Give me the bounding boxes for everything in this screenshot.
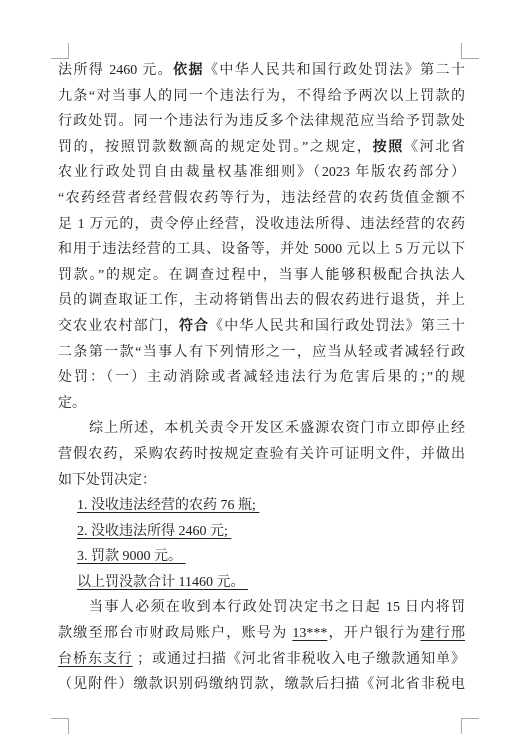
crop-mark-bottom-left — [51, 718, 69, 734]
text-line: 营假农药，采购农药时按规定查验有关许可证明文件，并做出 — [58, 442, 465, 468]
text-line: 如下处罚决定： — [58, 468, 465, 494]
text-line: 综上所述，本机关责令开发区禾盛源农资门市立即停止经 — [58, 416, 465, 442]
underlined-run: 1. 没收违法经营的农药 76 瓶; — [77, 498, 259, 513]
text-line: 九条“对当事人的同一个违法行为，不得给予两次以上罚款的 — [58, 84, 465, 110]
text-line: 足 1 万元的，责令停止经营，没收违法所得、违法经营的农药 — [58, 212, 465, 238]
text-run: 行政处罚。同一个违法行为违反多个法律规范应当给予罚款处 — [58, 114, 465, 129]
crop-mark-top-right — [461, 43, 479, 59]
text-line: 和用于违法经营的工具、设备等，并处 5000 元以上 5 万元以下 — [58, 237, 465, 263]
emphasis-run: 符合 — [179, 319, 209, 334]
text-line: 罚的，按照罚款数额高的规定处罚。”之规定，按照《河北省 — [58, 135, 465, 161]
text-line: 当事人必须在收到本行政处罚决定书之日起 15 日内将罚 — [58, 595, 465, 621]
text-run: 定。 — [58, 396, 86, 411]
text-run: 二条第一款“当事人有下列情形之一，应当从轻或者减轻行政 — [58, 345, 465, 360]
underlined-run: 3. 罚款 9000 元。 — [77, 549, 186, 564]
text-line: 款缴至邢台市财政局账户，账号为 13***，开户银行为建行邢 — [58, 621, 465, 647]
text-run: ；或通过扫描《河北省非税收入电子缴款通知单》 — [133, 652, 465, 667]
text-line: 二条第一款“当事人有下列情形之一，应当从轻或者减轻行政 — [58, 340, 465, 366]
text-line: 法所得 2460 元。依据《中华人民共和国行政处罚法》第二十 — [58, 58, 465, 84]
text-run: 法所得 2460 元。 — [58, 63, 173, 78]
text-run: 《中华人民共和国行政处罚法》第三十 — [209, 319, 465, 334]
text-line: 3. 罚款 9000 元。 — [58, 544, 465, 570]
underlined-run: 台桥东支行 — [58, 652, 133, 667]
text-run: 当事人必须在收到本行政处罚决定书之日起 15 日内将罚 — [89, 600, 465, 615]
emphasis-run: 依据 — [173, 63, 204, 78]
text-line: 定。 — [58, 391, 465, 417]
crop-mark-bottom-right — [461, 718, 479, 734]
text-run: （见附件）缴款识别码缴纳罚款，缴款后扫描《河北省非税电 — [58, 677, 465, 692]
text-line: 以上罚没款合计 11460 元。 — [58, 570, 465, 596]
text-run: 处罚：（一）主动消除或者减轻违法行为危害后果的；”的规 — [58, 370, 465, 385]
text-line: “农药经营者经营假农药等行为，违法经营的农药货值金额不 — [58, 186, 465, 212]
text-line: 处罚：（一）主动消除或者减轻违法行为危害后果的；”的规 — [58, 365, 465, 391]
text-line: 2. 没收违法所得 2460 元; — [58, 519, 465, 545]
text-run: “农药经营者经营假农药等行为，违法经营的农药货值金额不 — [58, 191, 465, 206]
document-text-area: 法所得 2460 元。依据《中华人民共和国行政处罚法》第二十九条“对当事人的同一… — [58, 58, 465, 698]
underlined-run: 13*** — [292, 626, 327, 641]
underlined-run: 2. 没收违法所得 2460 元; — [77, 524, 231, 539]
crop-mark-top-left — [51, 43, 69, 59]
document-page: 法所得 2460 元。依据《中华人民共和国行政处罚法》第二十九条“对当事人的同一… — [0, 0, 509, 736]
text-line: 罚款。”的规定。在调查过程中，当事人能够积极配合执法人 — [58, 263, 465, 289]
text-run: 罚款。”的规定。在调查过程中，当事人能够积极配合执法人 — [58, 268, 465, 283]
text-run: 如下处罚决定： — [58, 473, 156, 488]
text-line: 台桥东支行 ；或通过扫描《河北省非税收入电子缴款通知单》 — [58, 647, 465, 673]
text-run: 《中华人民共和国行政处罚法》第二十 — [204, 63, 465, 78]
text-line: 员的调查取证工作，主动将销售出去的假农药进行退货，并上 — [58, 288, 465, 314]
underlined-run: 建行邢 — [420, 626, 465, 641]
text-line: 1. 没收违法经营的农药 76 瓶; — [58, 493, 465, 519]
underlined-run: 以上罚没款合计 11460 元。 — [77, 575, 248, 590]
text-run: 罚的，按照罚款数额高的规定处罚。”之规定， — [58, 140, 373, 155]
text-run: 和用于违法经营的工具、设备等，并处 5000 元以上 5 万元以下 — [58, 242, 465, 257]
text-line: 交农业农村部门，符合《中华人民共和国行政处罚法》第三十 — [58, 314, 465, 340]
text-run: 员的调查取证工作，主动将销售出去的假农药进行退货，并上 — [58, 293, 465, 308]
text-run: ，开户银行为 — [327, 626, 420, 641]
text-line: 农业行政处罚自由裁量权基准细则》（2023 年版农药部分） — [58, 160, 465, 186]
text-run: 交农业农村部门， — [58, 319, 179, 334]
text-run: 农业行政处罚自由裁量权基准细则》（2023 年版农药部分） — [58, 165, 465, 180]
emphasis-run: 按照 — [373, 140, 404, 155]
text-line: （见附件）缴款识别码缴纳罚款，缴款后扫描《河北省非税电 — [58, 672, 465, 698]
text-run: 款缴至邢台市财政局账户，账号为 — [58, 626, 292, 641]
text-run: 综上所述，本机关责令开发区禾盛源农资门市立即停止经 — [89, 421, 465, 436]
text-run: 《河北省 — [404, 140, 465, 155]
text-line: 行政处罚。同一个违法行为违反多个法律规范应当给予罚款处 — [58, 109, 465, 135]
text-run: 营假农药，采购农药时按规定查验有关许可证明文件，并做出 — [58, 447, 465, 462]
text-run: 足 1 万元的，责令停止经营，没收违法所得、违法经营的农药 — [58, 217, 465, 232]
text-run: 九条“对当事人的同一个违法行为，不得给予两次以上罚款的 — [58, 89, 465, 104]
